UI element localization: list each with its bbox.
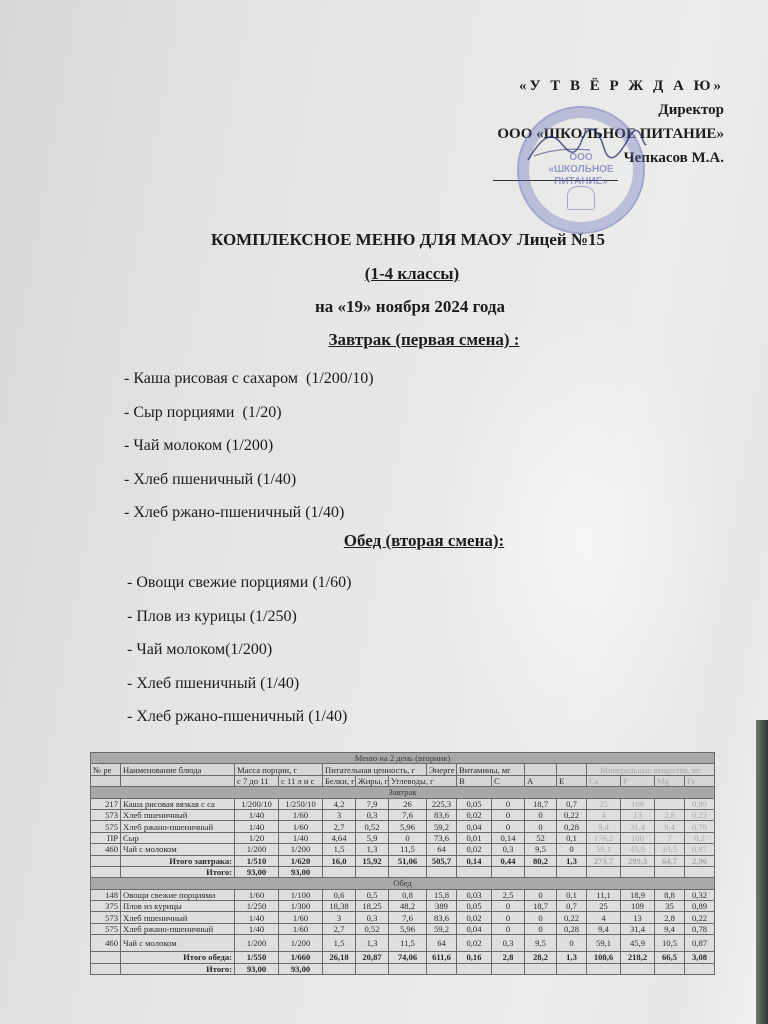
table-cell: 0,52 [356, 923, 389, 934]
table-row: 148Овощи свежие порциями1/601/1000,60,50… [91, 889, 715, 900]
table-cell: 0,7 [557, 798, 587, 809]
table-row: Итого завтрака:1/5101/62016,015,9251,065… [91, 855, 715, 866]
table-cell: 2,8 [655, 912, 685, 923]
table-row: Итого обеда:1/5501/66026,1820,8774,06611… [91, 952, 715, 963]
table-cell: 18,9 [621, 889, 655, 900]
table-cell: 1/60 [235, 889, 279, 900]
column-header: № ре [91, 764, 121, 775]
table-cell: 0,14 [457, 855, 492, 866]
table-cell: 0,04 [457, 821, 492, 832]
table-cell: Сыр [121, 832, 235, 843]
table-cell: 66,5 [655, 952, 685, 963]
table-cell: 25 [587, 901, 621, 912]
table-cell: 45,9 [621, 844, 655, 855]
table-cell: 0 [492, 809, 525, 820]
table-cell: 109 [621, 798, 655, 809]
table-row: Итого:93,0093,00 [91, 866, 715, 877]
table-cell: 4 [587, 912, 621, 923]
table-cell: 0,22 [685, 912, 715, 923]
menu-document: «У Т В Ё Р Ж Д А Ю» Директор ООО «ШКОЛЬН… [0, 0, 768, 1024]
table-cell: 0 [492, 798, 525, 809]
column-header: Углеводы, г [389, 775, 457, 786]
nutrition-table: Меню на 2 день (вторник)№ реНаименование… [90, 752, 698, 975]
table-cell [557, 963, 587, 974]
table-cell: 0,7 [557, 901, 587, 912]
table-cell: 176,2 [587, 832, 621, 843]
table-cell: 0 [525, 923, 557, 934]
table-cell: 8,8 [655, 889, 685, 900]
table-subheader-row: с 7 до 11с 11 л и сБелки, гЖиры, гУглево… [91, 775, 715, 786]
column-header: с 11 л и с [279, 775, 323, 786]
column-header: Белки, г [323, 775, 356, 786]
table-cell: 59,2 [427, 923, 457, 934]
table-cell: 93,00 [235, 866, 279, 877]
table-cell: 73,6 [427, 832, 457, 843]
table-cell: 4,2 [323, 798, 356, 809]
list-item: - Сыр порциями (1/20) [124, 396, 374, 430]
table-cell: 0,89 [685, 798, 715, 809]
table-cell: 0,2 [685, 832, 715, 843]
table-cell [323, 866, 356, 877]
table-cell [525, 963, 557, 974]
column-header: Mg [655, 775, 685, 786]
table-cell: 28,2 [525, 952, 557, 963]
column-header: Энерге [427, 764, 457, 775]
table-cell: Итого: [121, 963, 235, 974]
table-cell: 0,78 [685, 923, 715, 934]
table-cell: 2,96 [685, 855, 715, 866]
table-cell: 0,89 [685, 901, 715, 912]
table-cell: 0,02 [457, 844, 492, 855]
table-cell: 10,5 [655, 844, 685, 855]
table-row: Итого:93,0093,00 [91, 963, 715, 974]
table-cell: 20,87 [356, 952, 389, 963]
table-cell: 18,25 [356, 901, 389, 912]
table-cell: 611,6 [427, 952, 457, 963]
table-cell: 0,02 [457, 935, 492, 952]
emblem-icon [567, 186, 595, 210]
table-cell: 505,7 [427, 855, 457, 866]
column-header: A [525, 775, 557, 786]
table-cell: 460 [91, 844, 121, 855]
table-cell: 108,6 [587, 952, 621, 963]
table-cell: 217 [91, 798, 121, 809]
table-cell: 13 [621, 912, 655, 923]
table-cell: 389 [427, 901, 457, 912]
column-header: C [492, 775, 525, 786]
table-cell: 1/200 [235, 935, 279, 952]
table-cell: 1/60 [279, 809, 323, 820]
table-cell: Хлеб ржано-пшеничный [121, 821, 235, 832]
table-cell: 1/100 [279, 889, 323, 900]
table-cell: 0,32 [685, 889, 715, 900]
table-cell [457, 866, 492, 877]
table-cell: 64 [427, 935, 457, 952]
table-cell: 4 [587, 809, 621, 820]
table-cell: 9,5 [525, 935, 557, 952]
table-cell: 0,28 [557, 923, 587, 934]
table-cell: 2,8 [492, 952, 525, 963]
column-header: Витамины, мг [457, 764, 525, 775]
column-header [557, 764, 587, 775]
column-header: P [621, 775, 655, 786]
table-cell [457, 963, 492, 974]
table-row: 460Чай с молоком1/2001/2001,51,311,5640,… [91, 935, 715, 952]
table-cell [356, 963, 389, 974]
table-cell: 573 [91, 809, 121, 820]
table-cell: 0,3 [492, 844, 525, 855]
table-cell: 1/660 [279, 952, 323, 963]
background-edge [756, 720, 768, 1024]
column-header: Жиры, г [356, 775, 389, 786]
table-cell: 64,7 [655, 855, 685, 866]
column-header [91, 775, 121, 786]
table-cell: 0,14 [492, 832, 525, 843]
table-cell [389, 866, 427, 877]
table-cell: 575 [91, 923, 121, 934]
breakfast-list: - Каша рисовая с сахаром (1/200/10) - Сы… [124, 362, 374, 530]
table-cell: 0 [492, 923, 525, 934]
table-cell: 18,7 [525, 798, 557, 809]
table-cell: 1,3 [557, 952, 587, 963]
table-cell: 1/40 [235, 912, 279, 923]
table-cell: 1/200 [279, 935, 323, 952]
table-cell: 9,4 [655, 821, 685, 832]
table-cell [427, 866, 457, 877]
table-cell [685, 866, 715, 877]
column-header [525, 764, 557, 775]
menu-date: на «19» ноября 2024 года [26, 297, 768, 317]
column-header: Минеральные вещества, мг [587, 764, 715, 775]
table-cell: 575 [91, 821, 121, 832]
table-cell: 1/200 [235, 844, 279, 855]
table-header-row: № реНаименование блюдаМасса порции, гПит… [91, 764, 715, 775]
table-cell: 0 [525, 912, 557, 923]
table-cell: 1/550 [235, 952, 279, 963]
column-header [121, 775, 235, 786]
table-cell: Хлеб ржано-пшеничный [121, 923, 235, 934]
table-row: 460Чай с молоком1/2001/2001,51,311,5640,… [91, 844, 715, 855]
table-cell: 5,96 [389, 923, 427, 934]
table-cell: 1/40 [235, 923, 279, 934]
table-cell: 59,1 [587, 844, 621, 855]
table-cell: 59,2 [427, 821, 457, 832]
column-header: Наименование блюда [121, 764, 235, 775]
table-cell: 1/60 [279, 923, 323, 934]
table-cell: 51,06 [389, 855, 427, 866]
breakfast-heading: Завтрак (первая смена) : [40, 330, 768, 350]
table-cell: 0,3 [356, 912, 389, 923]
table-row: 217Каша рисовая вязкая с са1/200/101/250… [91, 798, 715, 809]
table-cell: 45,9 [621, 935, 655, 952]
table-cell: 2,5 [492, 889, 525, 900]
table-cell: 0,87 [685, 935, 715, 952]
list-item: - Хлеб ржано-пшеничный (1/40) [127, 700, 351, 734]
table-cell: 1,3 [356, 844, 389, 855]
list-item: - Овощи свежие порциями (1/60) [127, 566, 351, 600]
section-band-breakfast: Завтрак [91, 787, 715, 798]
table-cell: 573 [91, 912, 121, 923]
table-cell: 2,8 [655, 809, 685, 820]
table-cell: 4,64 [323, 832, 356, 843]
table-cell: 273,7 [587, 855, 621, 866]
list-item: - Плов из курицы (1/250) [127, 600, 351, 634]
table-cell [492, 963, 525, 974]
table-cell: 1,3 [356, 935, 389, 952]
column-header: Масса порции, г [235, 764, 323, 775]
list-item: - Чай молоком(1/200) [127, 633, 351, 667]
list-item: - Хлеб пшеничный (1/40) [124, 463, 374, 497]
table-cell: 0 [557, 935, 587, 952]
table-cell: 0,44 [492, 855, 525, 866]
table-cell [655, 798, 685, 809]
table-cell [91, 855, 121, 866]
table-cell: Хлеб пшеничный [121, 912, 235, 923]
table-cell: 7,9 [356, 798, 389, 809]
table-cell: Чай с молоком [121, 935, 235, 952]
table-row: 575Хлеб ржано-пшеничный1/401/602,70,525,… [91, 821, 715, 832]
table-cell: 299,3 [621, 855, 655, 866]
table-cell: 93,00 [235, 963, 279, 974]
table-cell: 0,1 [557, 889, 587, 900]
table-cell [91, 963, 121, 974]
approval-header: «У Т В Ё Р Ж Д А Ю» [497, 74, 724, 98]
table-cell: 52 [525, 832, 557, 843]
table-cell: 0 [525, 821, 557, 832]
document-title: КОМПЛЕКСНОЕ МЕНЮ ДЛЯ МАОУ Лицей №15 [24, 230, 768, 250]
table-cell: 59,1 [587, 935, 621, 952]
table-cell: 0,16 [457, 952, 492, 963]
table-row: 573Хлеб пшеничный1/401/6030,37,683,60,02… [91, 809, 715, 820]
table-cell: 1,5 [323, 844, 356, 855]
table-cell: 15,92 [356, 855, 389, 866]
column-header: E [557, 775, 587, 786]
table-cell: 26 [389, 798, 427, 809]
table-cell: 83,6 [427, 912, 457, 923]
table-cell: 0,87 [685, 844, 715, 855]
table-cell [587, 866, 621, 877]
table-cell: 0,22 [557, 912, 587, 923]
table-cell: 3 [323, 809, 356, 820]
column-header: Ca [587, 775, 621, 786]
column-header: B [457, 775, 492, 786]
table-cell [389, 963, 427, 974]
table-cell: 2,7 [323, 821, 356, 832]
table-cell: 35 [655, 901, 685, 912]
list-item: - Чай молоком (1/200) [124, 429, 374, 463]
table-cell: 0,52 [356, 821, 389, 832]
table-cell: 0,05 [457, 901, 492, 912]
table-cell: 0,04 [457, 923, 492, 934]
table-cell: 0,3 [356, 809, 389, 820]
table-cell: 93,00 [279, 866, 323, 877]
table-cell: Итого: [121, 866, 235, 877]
table-cell: 0,02 [457, 912, 492, 923]
table-cell: 0,1 [557, 832, 587, 843]
table-cell: 225,3 [427, 798, 457, 809]
table-cell: 0 [525, 889, 557, 900]
table-cell: 10,5 [655, 935, 685, 952]
table-cell [356, 866, 389, 877]
table-cell: 93,00 [279, 963, 323, 974]
table-cell: 109 [621, 901, 655, 912]
table-cell: 1/60 [279, 821, 323, 832]
table-cell: 218,2 [621, 952, 655, 963]
table-cell: 1,3 [557, 855, 587, 866]
table-cell: Овощи свежие порциями [121, 889, 235, 900]
table-cell: 18,7 [525, 901, 557, 912]
table-cell: 148 [91, 889, 121, 900]
table-cell: 64 [427, 844, 457, 855]
table-cell [91, 866, 121, 877]
table-cell [655, 963, 685, 974]
table-cell: 11,5 [389, 935, 427, 952]
table-cell: 31,4 [621, 923, 655, 934]
table-cell [685, 963, 715, 974]
table-cell: 0,3 [492, 935, 525, 952]
table-cell [492, 866, 525, 877]
table-cell: 3 [323, 912, 356, 923]
table-row: 573Хлеб пшеничный1/401/6030,37,683,60,02… [91, 912, 715, 923]
table-cell: 1/250/10 [279, 798, 323, 809]
table-cell [587, 963, 621, 974]
table-cell: 9,5 [525, 844, 557, 855]
table-title-row: Меню на 2 день (вторник) [91, 753, 715, 764]
column-header: Питательная ценность, г [323, 764, 427, 775]
table-cell: 2,7 [323, 923, 356, 934]
list-item: - Каша рисовая с сахаром (1/200/10) [124, 362, 374, 396]
table-cell: 0,05 [457, 798, 492, 809]
table-cell [557, 866, 587, 877]
table-cell: 0 [492, 901, 525, 912]
table-cell [323, 963, 356, 974]
table-cell: 80,2 [525, 855, 557, 866]
table-cell: 0,03 [457, 889, 492, 900]
table-cell: Хлеб пшеничный [121, 809, 235, 820]
table-cell: 11,5 [389, 844, 427, 855]
table-cell [427, 963, 457, 974]
table-cell: 1/620 [279, 855, 323, 866]
table-cell: Итого завтрака: [121, 855, 235, 866]
table-cell: 460 [91, 935, 121, 952]
table-cell [655, 866, 685, 877]
table-cell: 0 [525, 809, 557, 820]
table-cell: 7,6 [389, 912, 427, 923]
table-cell: 1/200 [279, 844, 323, 855]
table-cell: 0,8 [389, 889, 427, 900]
table-cell: 0 [389, 832, 427, 843]
table-cell: Каша рисовая вязкая с са [121, 798, 235, 809]
table-cell: 375 [91, 901, 121, 912]
table-cell: 1/250 [235, 901, 279, 912]
table-cell: 13 [621, 809, 655, 820]
table-cell: 1/300 [279, 901, 323, 912]
grades-label: (1-4 классы) [28, 264, 768, 284]
table-cell [621, 963, 655, 974]
table-cell: 5,96 [389, 821, 427, 832]
table-cell: 1/510 [235, 855, 279, 866]
table-cell: 0 [492, 912, 525, 923]
table-cell: 0,6 [323, 889, 356, 900]
table-cell: 48,2 [389, 901, 427, 912]
column-header: Fe [685, 775, 715, 786]
table-cell: 25 [587, 798, 621, 809]
table-cell: 1/60 [279, 912, 323, 923]
column-header: с 7 до 11 [235, 775, 279, 786]
section-band-row: Обед [91, 878, 715, 889]
list-item: - Хлеб пшеничный (1/40) [127, 667, 351, 701]
table-cell: 1/40 [279, 832, 323, 843]
table-cell: 1/20 [235, 832, 279, 843]
table-cell: 7 [655, 832, 685, 843]
table-cell: 0 [492, 821, 525, 832]
lunch-list: - Овощи свежие порциями (1/60) - Плов из… [127, 566, 351, 734]
table-row: 575Хлеб ржано-пшеничный1/401/602,70,525,… [91, 923, 715, 934]
table-cell: 7,6 [389, 809, 427, 820]
table-cell [621, 866, 655, 877]
table-cell: 31,4 [621, 821, 655, 832]
table-cell: 3,08 [685, 952, 715, 963]
table-cell: 0,28 [557, 821, 587, 832]
table-cell: 0,02 [457, 809, 492, 820]
section-band-lunch: Обед [91, 878, 715, 889]
table-cell: 18,38 [323, 901, 356, 912]
table-cell: 5,9 [356, 832, 389, 843]
table-cell: ПР [91, 832, 121, 843]
table-cell: 26,18 [323, 952, 356, 963]
section-band-row: Завтрак [91, 787, 715, 798]
table-row: ПРСыр1/201/404,645,9073,60,010,14520,117… [91, 832, 715, 843]
signature-icon [520, 120, 650, 170]
table-cell: 9,4 [587, 923, 621, 934]
table-cell: 100 [621, 832, 655, 843]
table-cell: 1/40 [235, 821, 279, 832]
table-cell: 83,6 [427, 809, 457, 820]
list-item: - Хлеб ржано-пшеничный (1/40) [124, 496, 374, 530]
table-cell: 0,22 [685, 809, 715, 820]
table-title: Меню на 2 день (вторник) [91, 753, 715, 764]
table-cell [91, 952, 121, 963]
table-cell: 0,5 [356, 889, 389, 900]
table-cell: 1/200/10 [235, 798, 279, 809]
table-cell: 0,22 [557, 809, 587, 820]
table-cell: Чай с молоком [121, 844, 235, 855]
table-cell: 1/40 [235, 809, 279, 820]
table-cell: Плов из курицы [121, 901, 235, 912]
table-cell: 0 [557, 844, 587, 855]
table-cell: Итого обеда: [121, 952, 235, 963]
table-cell [525, 866, 557, 877]
table-cell: 0,01 [457, 832, 492, 843]
table-cell: 0,78 [685, 821, 715, 832]
table-cell: 16,0 [323, 855, 356, 866]
table-cell: 11,1 [587, 889, 621, 900]
table-cell: 74,06 [389, 952, 427, 963]
table-cell: 9,4 [655, 923, 685, 934]
table-row: 375Плов из курицы1/2501/30018,3818,2548,… [91, 901, 715, 912]
table-cell: 9,4 [587, 821, 621, 832]
table-cell: 15,8 [427, 889, 457, 900]
lunch-heading: Обед (вторая смена): [40, 531, 768, 551]
table-cell: 1,5 [323, 935, 356, 952]
